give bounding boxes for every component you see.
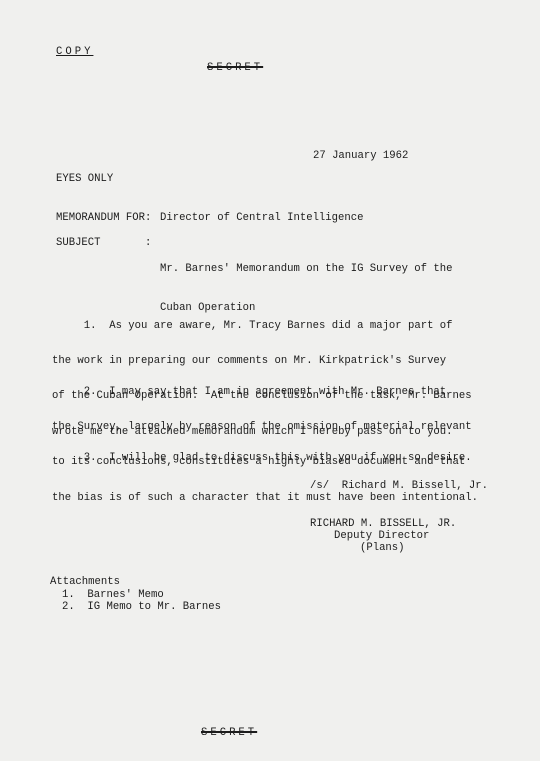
handling-caveat: EYES ONLY [56,173,113,186]
subject-label: SUBJECT [56,237,101,250]
attachments-heading: Attachments [50,576,120,589]
memo-date: 27 January 1962 [313,150,408,163]
paragraph-line: the bias is of such a character that it … [52,493,492,505]
signature-line: /s/ Richard M. Bissell, Jr. [310,480,488,493]
classification-footer: SECRET [201,727,257,740]
attachment-item: 2. IG Memo to Mr. Barnes [62,601,221,614]
memo-page: COPY SECRET 27 January 1962 EYES ONLY ME… [0,0,540,761]
signer-division: (Plans) [360,542,405,555]
copy-mark: COPY [56,46,93,59]
memorandum-for-value: Director of Central Intelligence [160,212,363,225]
classification-header: SECRET [207,62,263,75]
paragraph-line: 2. I may say that I am in agreement with… [52,387,492,399]
subject-colon: : [145,237,151,250]
memorandum-for-label: MEMORANDUM FOR: [56,212,151,225]
paragraph-line: 1. As you are aware, Mr. Tracy Barnes di… [52,321,492,333]
paragraph-line: 3. I will be glad to discuss this with y… [52,453,492,465]
subject-line: Mr. Barnes' Memorandum on the IG Survey … [160,263,452,276]
